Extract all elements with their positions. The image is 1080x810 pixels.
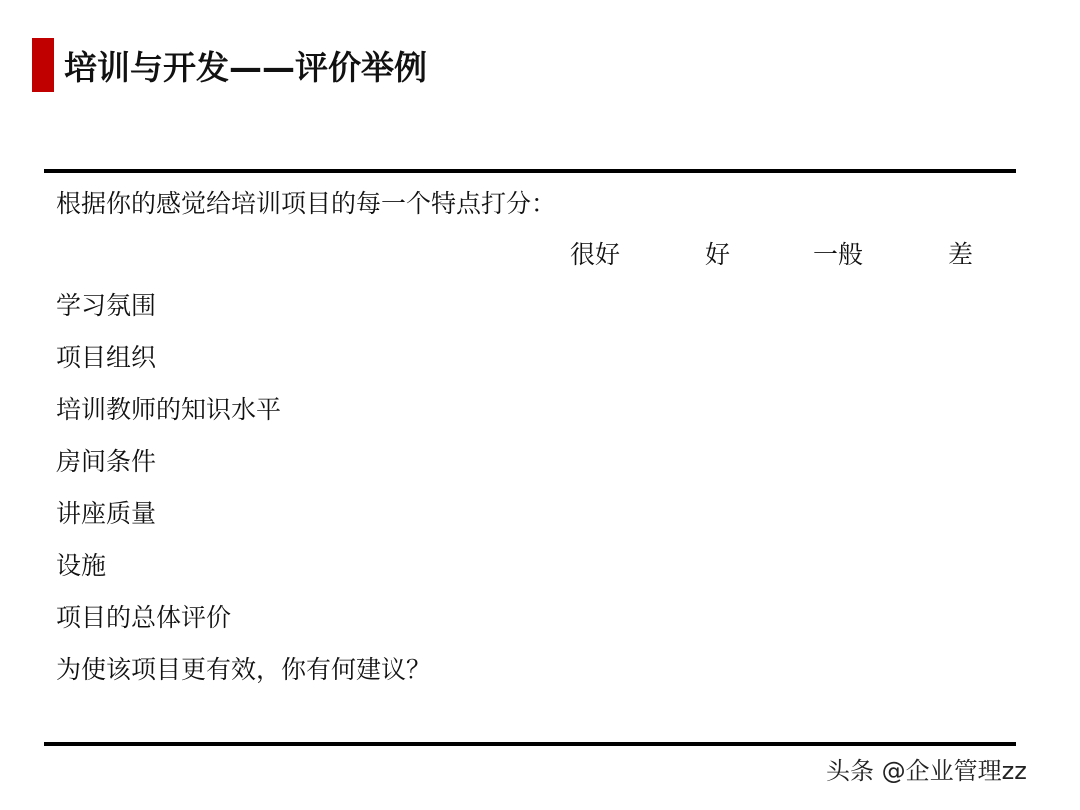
- instruction-text: 根据你的感觉给培训项目的每一个特点打分：: [56, 189, 556, 219]
- bottom-divider: [44, 742, 1016, 746]
- list-item-overall-evaluation: 项目的总体评价: [56, 603, 231, 633]
- list-item-facilities: 设施: [56, 551, 106, 581]
- rating-poor: 差: [948, 240, 973, 270]
- list-item-program-organization: 项目组织: [56, 343, 156, 373]
- title-accent-bar: [32, 38, 54, 92]
- list-item-lecture-quality: 讲座质量: [56, 499, 156, 529]
- watermark: 头条 @企业管理zz: [826, 756, 1027, 786]
- page-title: 培训与开发——评价举例: [64, 44, 427, 92]
- list-item-learning-atmosphere: 学习氛围: [56, 291, 156, 321]
- rating-average: 一般: [813, 240, 863, 270]
- list-item-room-conditions: 房间条件: [56, 447, 156, 477]
- open-question: 为使该项目更有效，你有何建议？: [56, 655, 431, 685]
- rating-good: 好: [705, 240, 730, 270]
- top-divider: [44, 169, 1016, 173]
- list-item-trainer-knowledge: 培训教师的知识水平: [56, 395, 281, 425]
- rating-very-good: 很好: [570, 240, 620, 270]
